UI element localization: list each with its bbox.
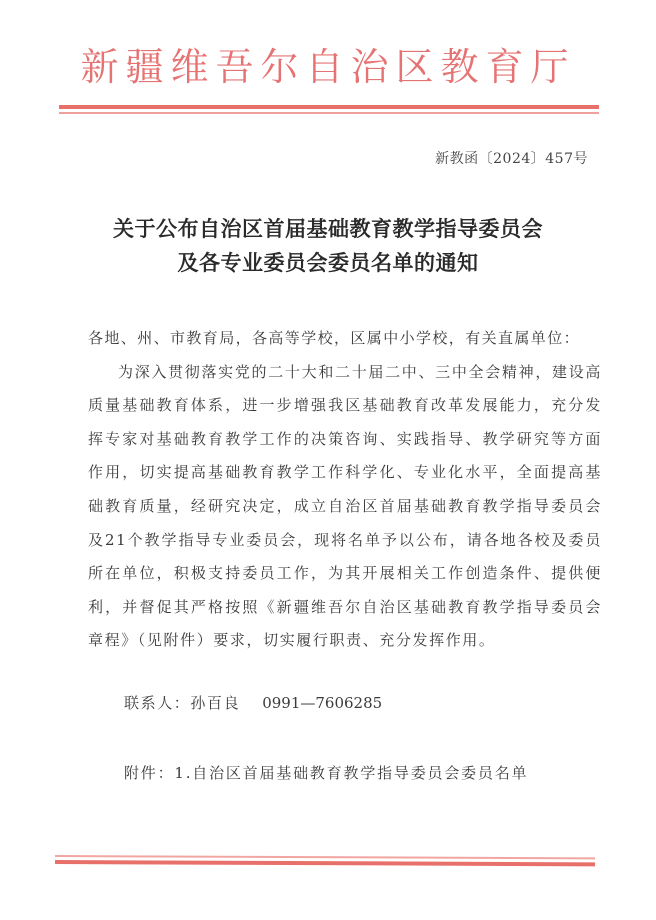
attachment-list: 附件：1.自治区首届基础教育教学指导委员会委员名单	[124, 762, 528, 783]
letterhead-org-name: 新疆维吾尔自治区教育厅	[0, 42, 656, 92]
footer-divider-thick	[55, 860, 595, 866]
salutation: 各地、州、市教育局，各高等学校，区属中小学校，有关直属单位：	[88, 322, 602, 356]
contact-phone: 0991—7606285	[262, 694, 382, 712]
letterhead-divider-thick	[59, 105, 599, 109]
document-body: 各地、州、市教育局，各高等学校，区属中小学校，有关直属单位： 为深入贯彻落实党的…	[88, 322, 602, 658]
document-number: 新教函〔2024〕457号	[435, 148, 588, 168]
document-title-line-2: 及各专业委员会委员名单的通知	[0, 246, 656, 280]
body-paragraph: 为深入贯彻落实党的二十大和二十届二中、三中全会精神，建设高质量基础教育体系，进一…	[88, 356, 602, 658]
document-title-line-1: 关于公布自治区首届基础教育教学指导委员会	[0, 212, 656, 246]
footer-divider-thin	[55, 855, 595, 859]
contact-info: 联系人：孙百良0991—7606285	[124, 692, 382, 713]
letterhead-divider-thin	[59, 112, 599, 114]
document-title: 关于公布自治区首届基础教育教学指导委员会 及各专业委员会委员名单的通知	[0, 212, 656, 280]
contact-person: 联系人：孙百良	[124, 694, 240, 712]
